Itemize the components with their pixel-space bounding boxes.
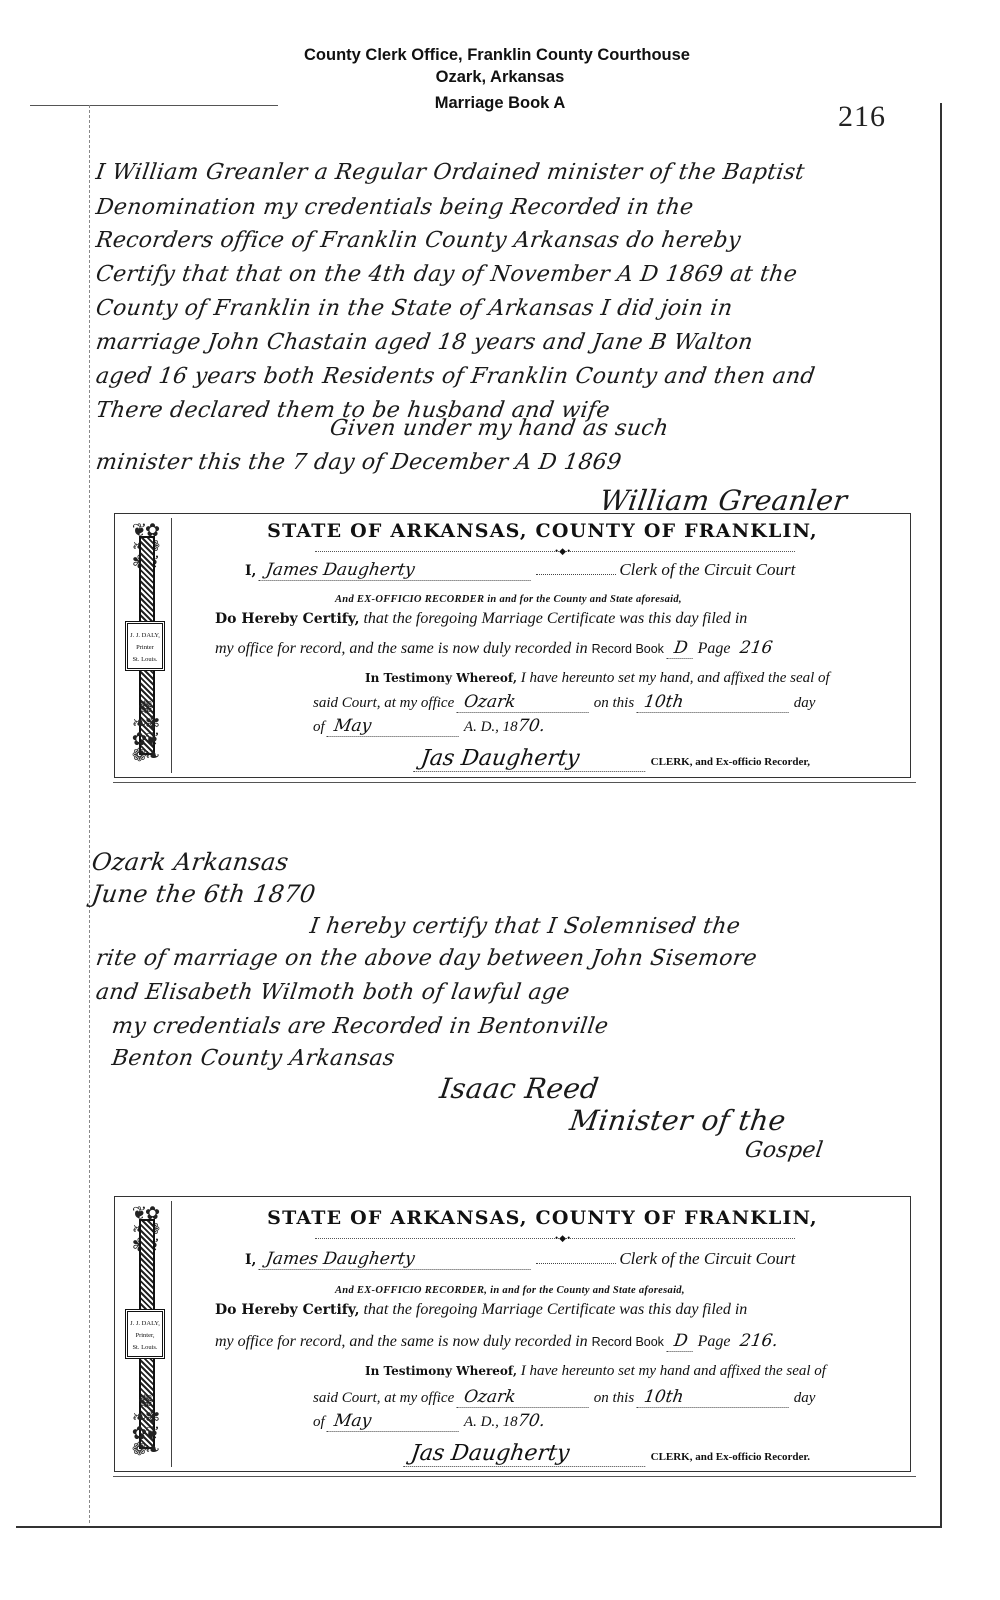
clerk-name: James Daugherty xyxy=(259,560,534,581)
office-value: Ozark xyxy=(457,1387,592,1408)
month-value: May xyxy=(327,716,462,737)
flourish-icon: ❁❧✾✿❦❁❧ xyxy=(121,699,169,769)
day-value: 10th xyxy=(636,692,791,713)
printer-mark: J. J. DALY, Printer St. Louis. xyxy=(125,621,165,671)
record-book-value: D xyxy=(666,1331,695,1352)
year-value: 70. xyxy=(516,1411,546,1431)
clerk-name: James Daugherty xyxy=(259,1249,534,1270)
handwritten-line: rite of marriage on the above day betwee… xyxy=(94,946,758,971)
handwritten-line: I William Greanler a Regular Ordained mi… xyxy=(94,160,806,185)
ex-officio-line: And EX-OFFICIO RECORDER, in and for the … xyxy=(335,1285,685,1296)
date-line: of May A. D., 1870. xyxy=(313,1411,545,1432)
office-line: said Court, at my office Ozark on this 1… xyxy=(313,692,815,713)
recorded-line: my office for record, and the same is no… xyxy=(215,638,779,659)
office-value: Ozark xyxy=(457,692,592,713)
certify-line: Do Hereby Certify, that the foregoing Ma… xyxy=(215,1301,747,1319)
handwritten-line: Given under my hand as such xyxy=(328,416,670,441)
clerk-signature: Jas Daugherty xyxy=(403,1441,649,1467)
testimony-line: In Testimony Whereof, I have hereunto se… xyxy=(365,670,830,687)
ex-officio-line: And EX-OFFICIO RECORDER in and for the C… xyxy=(335,594,682,605)
printer-mark: J. J. DALY, Printer, St. Louis. xyxy=(125,1309,165,1359)
page-number: 216 xyxy=(838,100,886,134)
handwritten-line: Denomination my credentials being Record… xyxy=(94,195,695,220)
certificate-title: STATE OF ARKANSAS, COUNTY OF FRANKLIN, xyxy=(175,520,910,542)
minister-title: Minister of the xyxy=(568,1104,788,1137)
printer-ornament: ❦✿❧❁✾❦❁ J. J. DALY, Printer St. Louis. ❁… xyxy=(119,518,172,773)
clerk-signature-line: Jas Daugherty CLERK, and Ex-officio Reco… xyxy=(405,1441,810,1467)
printer-ornament: ❦✿❧❁✾❦❁ J. J. DALY, Printer, St. Louis. … xyxy=(119,1201,172,1467)
handwritten-date: June the 6th 1870 xyxy=(90,880,317,908)
clerk-line: I, James Daugherty Clerk of the Circuit … xyxy=(245,560,795,581)
left-margin-line xyxy=(89,105,90,1525)
handwritten-line: Recorders office of Franklin County Arka… xyxy=(94,228,742,253)
divider-ornament: •◆• xyxy=(555,546,571,557)
right-margin-line xyxy=(940,103,942,1528)
date-line: of May A. D., 1870. xyxy=(313,716,545,737)
bottom-rule xyxy=(16,1526,941,1528)
handwritten-line: Certify that that on the 4th day of Nove… xyxy=(94,262,799,287)
handwritten-line: minister this the 7 day of December A D … xyxy=(94,450,623,475)
handwritten-line: aged 16 years both Residents of Franklin… xyxy=(94,364,816,389)
certify-line: Do Hereby Certify, that the foregoing Ma… xyxy=(215,610,747,628)
recorded-line: my office for record, and the same is no… xyxy=(215,1331,784,1352)
handwritten-line: Benton County Arkansas xyxy=(110,1046,396,1071)
page-value: 216. xyxy=(733,1331,786,1351)
flourish-icon: ❁❧✾✿❦❁❧ xyxy=(121,1393,169,1463)
minister-title: Gospel xyxy=(743,1138,825,1163)
clerk-signature: Jas Daugherty xyxy=(413,746,649,772)
office-line: said Court, at my office Ozark on this 1… xyxy=(313,1387,815,1408)
handwritten-line: County of Franklin in the State of Arkan… xyxy=(94,296,734,321)
top-rule xyxy=(30,105,278,106)
handwritten-line: marriage John Chastain aged 18 years and… xyxy=(94,330,754,355)
certificate-title: STATE OF ARKANSAS, COUNTY OF FRANKLIN, xyxy=(175,1207,910,1229)
clerk-signature-line: Jas Daugherty CLERK, and Ex-officio Reco… xyxy=(415,746,810,772)
record-book-value: D xyxy=(666,638,695,659)
handwritten-place: Ozark Arkansas xyxy=(90,848,290,876)
minister-signature: Isaac Reed xyxy=(438,1072,601,1105)
clerk-title: Clerk of the Circuit Court xyxy=(619,560,795,579)
day-value: 10th xyxy=(636,1387,791,1408)
handwritten-line: and Elisabeth Wilmoth both of lawful age xyxy=(94,980,571,1005)
handwritten-line: I hereby certify that I Solemnised the xyxy=(308,914,742,939)
location-heading: Ozark, Arkansas xyxy=(0,68,1000,87)
year-value: 70. xyxy=(516,716,546,736)
testimony-line: In Testimony Whereof, I have hereunto se… xyxy=(365,1363,826,1380)
handwritten-line: my credentials are Recorded in Bentonvil… xyxy=(110,1014,610,1039)
office-heading: County Clerk Office, Franklin County Cou… xyxy=(0,46,997,65)
page-value: 216 xyxy=(733,638,780,658)
recorder-certificate-2: ❦✿❧❁✾❦❁ J. J. DALY, Printer, St. Louis. … xyxy=(114,1196,911,1472)
clerk-line: I, James Daugherty Clerk of the Circuit … xyxy=(245,1249,795,1270)
month-value: May xyxy=(327,1411,462,1432)
recorder-certificate-1: ❦✿❧❁✾❦❁ J. J. DALY, Printer St. Louis. ❁… xyxy=(114,513,911,778)
divider-ornament: •◆• xyxy=(555,1233,571,1244)
clerk-title: Clerk of the Circuit Court xyxy=(619,1249,795,1268)
